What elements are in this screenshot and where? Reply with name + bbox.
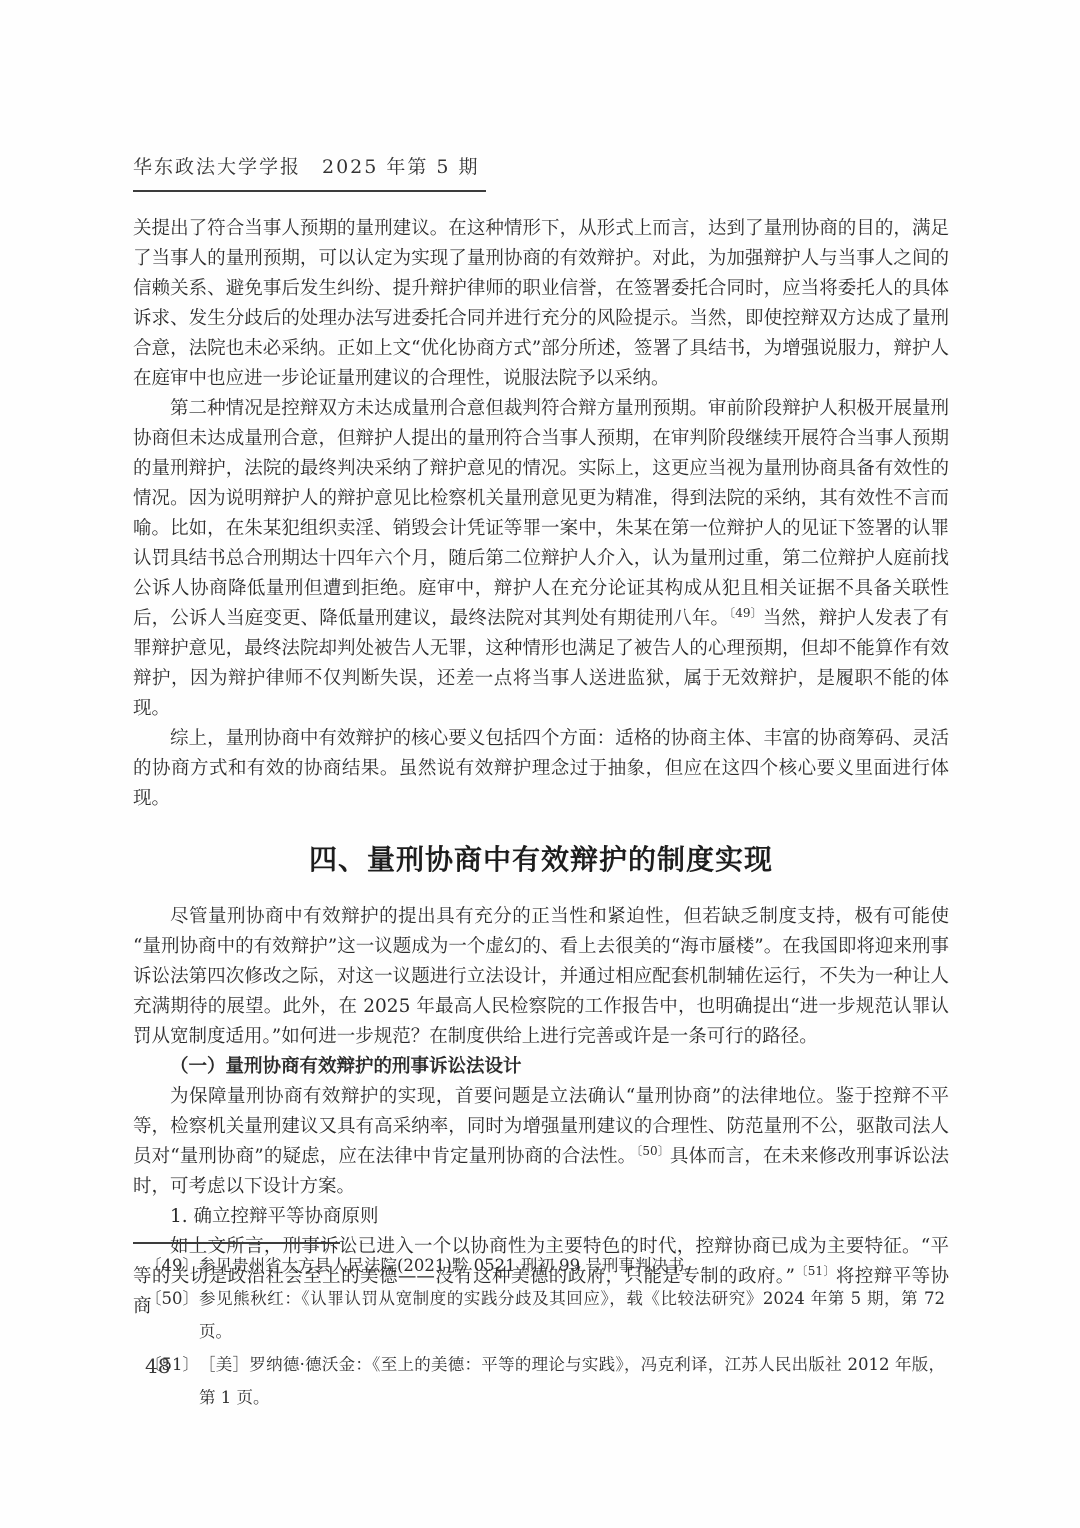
article-body: 关提出了符合当事人预期的量刑建议。在这种情形下，从形式上而言，达到了量刑协商的目… [133, 214, 949, 1322]
footnote-item: 〔50〕 参见熊秋红：《认罪认罚从宽制度的实践分歧及其回应》，载《比较法研究》2… [145, 1282, 945, 1348]
journal-title-issue: 华东政法大学学报 2025 年第 5 期 [133, 152, 486, 192]
footnotes-section: 〔49〕 参见贵州省大方县人民法院(2021)黔 0521 刑初 99 号刑事判… [145, 1249, 945, 1414]
section-heading: 四、量刑协商中有效辩护的制度实现 [133, 840, 949, 880]
footnote-text: 参见贵州省大方县人民法院(2021)黔 0521 刑初 99 号刑事判决书。 [199, 1249, 945, 1282]
paragraph-legal-design: 为保障量刑协商有效辩护的实现，首要问题是立法确认“量刑协商”的法律地位。鉴于控辩… [133, 1082, 949, 1202]
paragraph-section-intro: 尽管量刑协商中有效辩护的提出具有充分的正当性和紧迫性，但若缺乏制度支持，极有可能… [133, 902, 949, 1052]
footnote-item: 〔49〕 参见贵州省大方县人民法院(2021)黔 0521 刑初 99 号刑事判… [145, 1249, 945, 1282]
footnote-separator [133, 1242, 340, 1244]
footnote-text: 参见熊秋红：《认罪认罚从宽制度的实践分歧及其回应》，载《比较法研究》2024 年… [199, 1282, 945, 1348]
footnote-ref-49: 〔49〕 [729, 606, 763, 620]
point-heading-1: 1. 确立控辩平等协商原则 [133, 1202, 949, 1232]
page-number: 48 [145, 1354, 170, 1378]
footnote-item: 〔51〕 ［美］罗纳德·德沃金：《至上的美德：平等的理论与实践》，冯克利译，江苏… [145, 1348, 945, 1414]
subsection-heading-1: （一）量刑协商有效辩护的刑事诉讼法设计 [133, 1052, 949, 1082]
footnote-marker: 〔49〕 [145, 1249, 199, 1282]
paragraph-summary: 综上，量刑协商中有效辩护的核心要义包括四个方面：适格的协商主体、丰富的协商筹码、… [133, 724, 949, 814]
footnote-marker: 〔50〕 [145, 1282, 199, 1348]
paragraph-second-case: 第二种情况是控辩双方未达成量刑合意但裁判符合辩方量刑预期。审前阶段辩护人积极开展… [133, 394, 949, 724]
paragraph-text: 第二种情况是控辩双方未达成量刑合意但裁判符合辩方量刑预期。审前阶段辩护人积极开展… [133, 398, 949, 629]
journal-page: 华东政法大学学报 2025 年第 5 期 关提出了符合当事人预期的量刑建议。在这… [0, 0, 1080, 1528]
running-header: 华东政法大学学报 2025 年第 5 期 [133, 152, 486, 192]
paragraph-continuation: 关提出了符合当事人预期的量刑建议。在这种情形下，从形式上而言，达到了量刑协商的目… [133, 214, 949, 394]
footnote-ref-50: 〔50〕 [636, 1144, 670, 1158]
footnote-text: ［美］罗纳德·德沃金：《至上的美德：平等的理论与实践》，冯克利译，江苏人民出版社… [199, 1348, 945, 1414]
